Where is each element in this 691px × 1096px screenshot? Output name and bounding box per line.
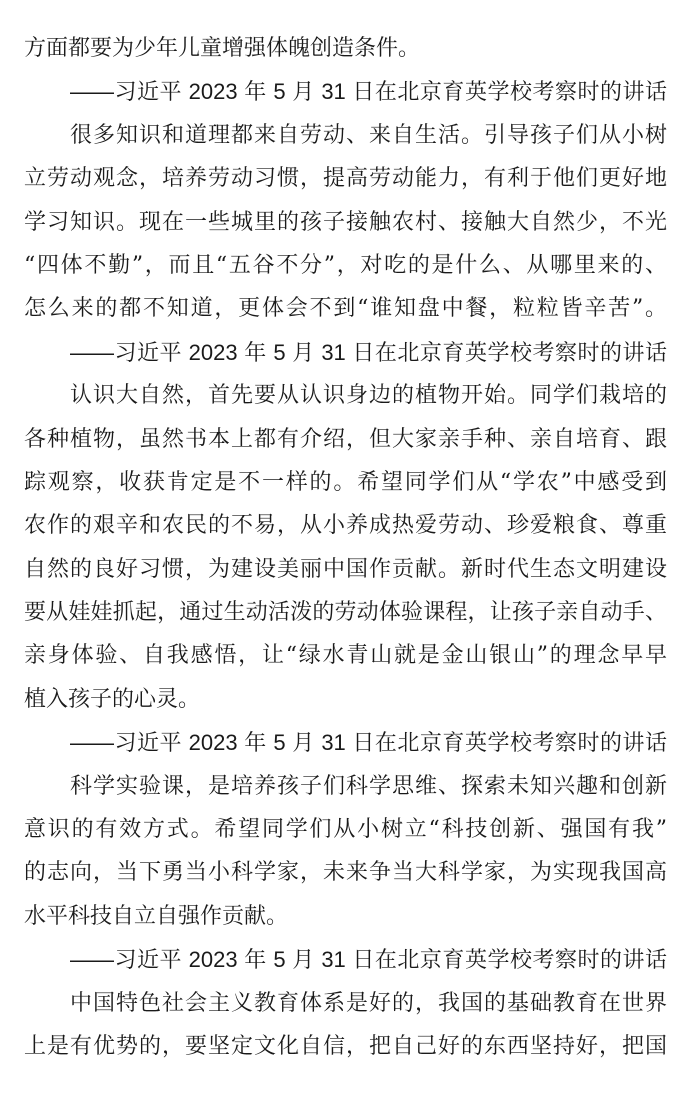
text-line: 自然的良好习惯，为建设美丽中国作贡献。新时代生态文明建设	[24, 548, 667, 591]
quote-attribution: ——习近平 2023 年 5 月 31 日在北京育英学校考察时的讲话	[24, 70, 667, 113]
text-line: 科学实验课，是培养孩子们科学思维、探索未知兴趣和创新	[24, 765, 667, 808]
text-line: 认识大自然，首先要从认识身边的植物开始。同学们栽培的	[24, 374, 667, 417]
quote-attribution: ——习近平 2023 年 5 月 31 日在北京育英学校考察时的讲话	[24, 721, 667, 764]
text-line: 各种植物，虽然书本上都有介绍，但大家亲手种、亲自培育、跟	[24, 418, 667, 461]
text-line: 的志向，当下勇当小科学家，未来争当大科学家，为实现我国高	[24, 851, 667, 894]
text-line: 要从娃娃抓起，通过生动活泼的劳动体验课程，让孩子亲自动手、	[24, 591, 667, 634]
text-line: 很多知识和道理都来自劳动、来自生活。引导孩子们从小树	[24, 114, 667, 157]
text-line: 亲身体验、自我感悟，让“绿水青山就是金山银山”的理念早早	[24, 634, 667, 677]
text-line: “四体不勤”，而且“五谷不分”，对吃的是什么、从哪里来的、	[24, 244, 667, 287]
quote-attribution: ——习近平 2023 年 5 月 31 日在北京育英学校考察时的讲话	[24, 938, 667, 981]
text-line: 上是有优势的，要坚定文化自信，把自己好的东西坚持好，把国	[24, 1025, 667, 1068]
text-line: 意识的有效方式。希望同学们从小树立“科技创新、强国有我”	[24, 808, 667, 851]
text-line: 立劳动观念，培养劳动习惯，提高劳动能力，有利于他们更好地	[24, 157, 667, 200]
text-line: 怎么来的都不知道，更体会不到“谁知盘中餐，粒粒皆辛苦”。	[24, 287, 667, 330]
text-line: 农作的艰辛和农民的不易，从小养成热爱劳动、珍爱粮食、尊重	[24, 504, 667, 547]
text-line: 学习知识。现在一些城里的孩子接触农村、接触大自然少，不光	[24, 201, 667, 244]
text-line: 中国特色社会主义教育体系是好的，我国的基础教育在世界	[24, 982, 667, 1025]
document-page: 方面都要为少年儿童增强体魄创造条件。 ——习近平 2023 年 5 月 31 日…	[24, 27, 667, 1068]
text-line: 踪观察，收获肯定是不一样的。希望同学们从“学农”中感受到	[24, 461, 667, 504]
text-line: 植入孩子的心灵。	[24, 678, 667, 721]
text-line: 方面都要为少年儿童增强体魄创造条件。	[24, 27, 667, 70]
quote-attribution: ——习近平 2023 年 5 月 31 日在北京育英学校考察时的讲话	[24, 331, 667, 374]
text-line: 水平科技自立自强作贡献。	[24, 895, 667, 938]
